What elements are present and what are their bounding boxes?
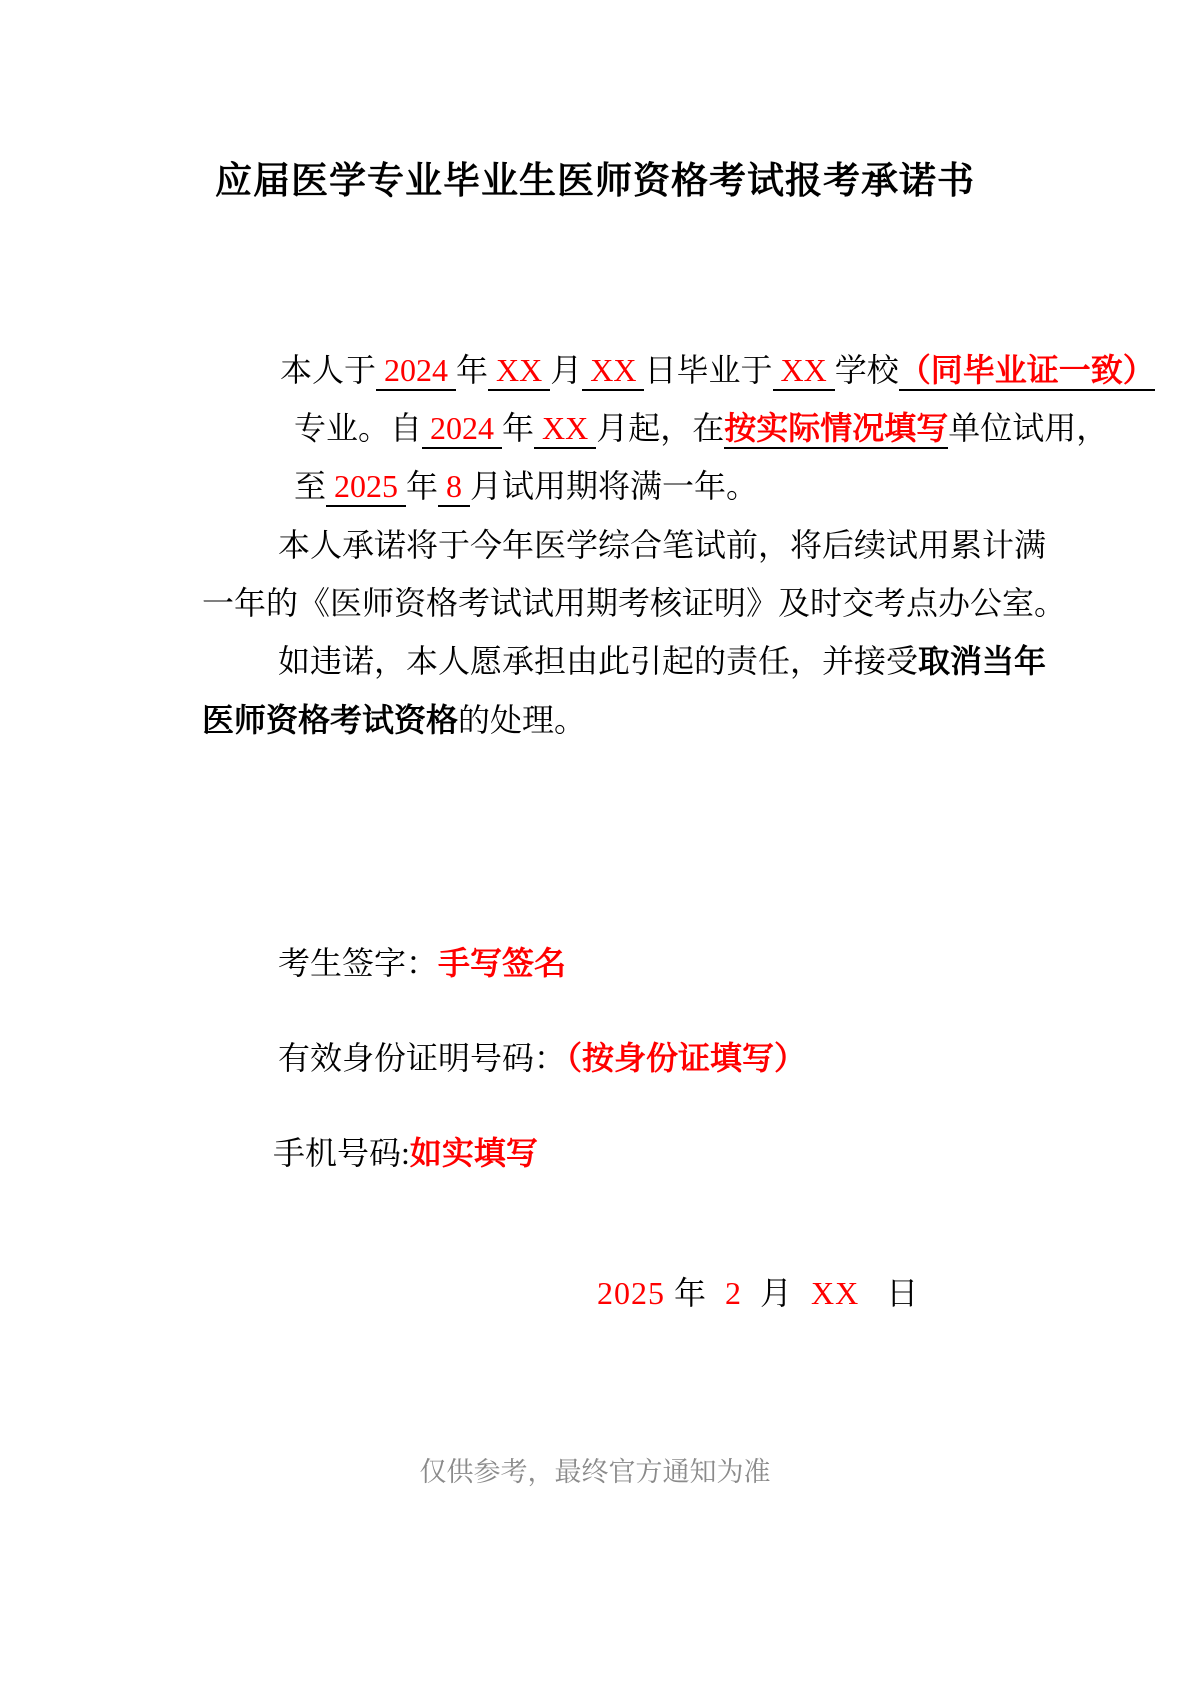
document-title: 应届医学专业毕业生医师资格考试报考承诺书 [0,152,1190,212]
text-run: 单位试用， [948,410,1108,446]
date-line: 2025 年 2 月 XX 日 [561,1206,919,1380]
penalty-emphasis-text: 医师资格考试资格 [202,702,458,738]
document-page: 应届医学专业毕业生医师资格考试报考承诺书 本人于 2024 年 XX 月 XX … [0,0,1190,1683]
footer-disclaimer: 仅供参考，最终官方通知为准 [0,1452,1190,1492]
body-line-7: 医师资格考试资格的处理。 [170,633,586,807]
date-year-unit: 年 [665,1275,725,1311]
phone-label: 手机号码: [273,1135,410,1171]
phone-line: 手机号码:如实填写 [241,1066,538,1240]
date-month-unit: 月 [742,1275,811,1311]
penalty-emphasis-text: 取消当年 [918,643,1046,679]
phone-value-placeholder: 如实填写 [410,1135,538,1171]
text-run: 的处理。 [458,702,586,738]
date-day-unit: 日 [859,1275,919,1311]
date-day: XX [811,1275,859,1311]
id-number-value-placeholder: （按身份证填写） [566,1040,806,1076]
date-month: 2 [725,1275,742,1311]
date-year: 2025 [597,1275,665,1311]
